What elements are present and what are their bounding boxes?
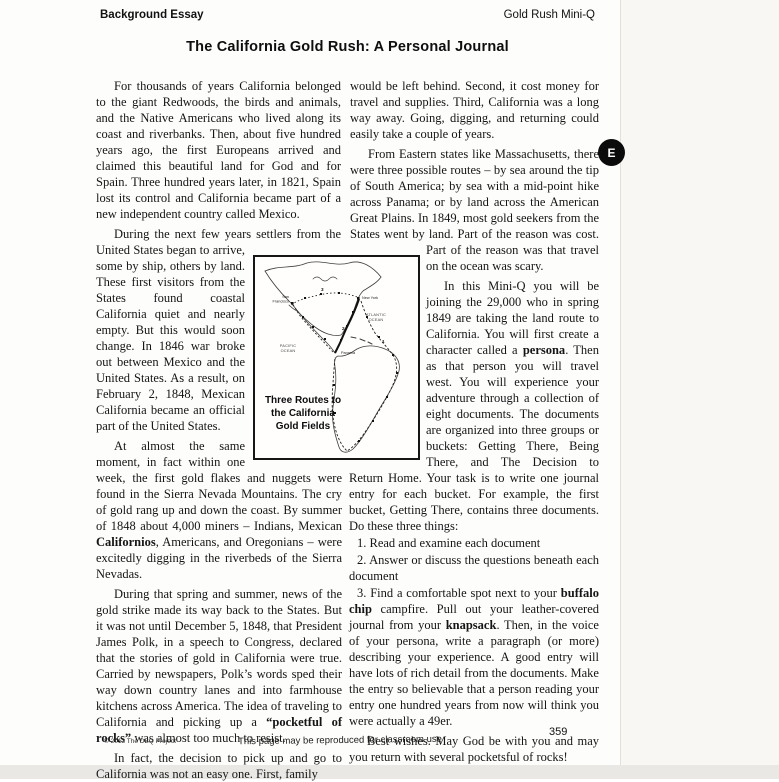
side-tab-marker: E (598, 139, 625, 166)
essay-paragraph: 2. Answer or discuss the questions benea… (349, 552, 599, 584)
essay-paragraph: In fact, the decision to pick up and go … (96, 750, 342, 779)
map-wrap-spacer (341, 78, 342, 255)
map-label-atlantic-ocean: OCEAN (369, 317, 384, 322)
footer-copyright: © 2013 The DBQ Project (104, 738, 176, 745)
map-label-san-francisco: Francisco (273, 300, 289, 304)
map-caption: Three Routes to the California Gold Fiel… (259, 394, 347, 433)
map-caption-line: the California (259, 407, 347, 420)
page-edge-line (620, 0, 621, 765)
essay-paragraph: 3. Find a comfortable spot next to your … (349, 585, 599, 729)
header-left-label: Background Essay (100, 9, 204, 21)
scan-right-margin (621, 0, 779, 765)
page-title: The California Gold Rush: A Personal Jou… (95, 39, 600, 55)
page-number: 359 (549, 726, 567, 738)
document-page: Background Essay Gold Rush Mini-Q The Ca… (0, 0, 779, 779)
map-label-panama: Panama (341, 351, 356, 355)
map-route-number-1: 1 (382, 339, 385, 344)
essay-paragraph: During that spring and summer, news of t… (96, 586, 342, 746)
essay-paragraph: would be left behind. Second, it cost mo… (349, 78, 599, 142)
map-label-san-francisco: San (282, 295, 289, 299)
map-figure: San Francisco New York ATLANTIC OCEAN PA… (253, 255, 420, 460)
essay-paragraph: 1. Read and examine each document (349, 535, 599, 551)
map-route-number-3: 3 (321, 287, 324, 292)
map-label-pacific-ocean: OCEAN (281, 348, 296, 353)
map-route-number-2: 2 (342, 326, 345, 331)
map-caption-line: Three Routes to (259, 394, 347, 407)
essay-paragraph: For thousands of years California belong… (96, 78, 342, 222)
map-caption-line: Gold Fields (259, 420, 347, 433)
map-label-new-york: New York (362, 296, 378, 300)
header-right-label: Gold Rush Mini-Q (504, 9, 595, 21)
